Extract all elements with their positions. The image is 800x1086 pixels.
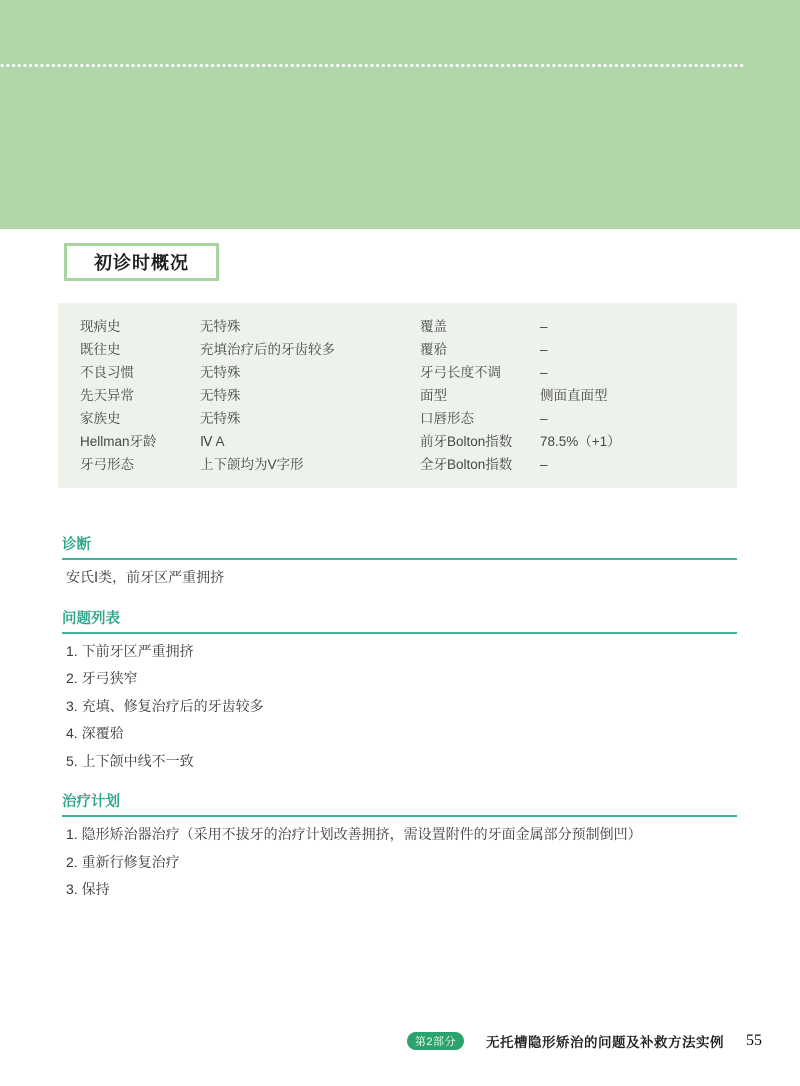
section-body: 1. 隐形矫治器治疗（采用不拔牙的治疗计划改善拥挤，需设置附件的牙面金属部分预制… xyxy=(62,817,737,904)
list-item: 4. 深覆𬌗 xyxy=(66,720,737,748)
row-label: 牙弓形态 xyxy=(80,453,200,476)
page-number: 55 xyxy=(746,1032,762,1050)
row-label: 覆𬌗 xyxy=(420,338,540,361)
row-label: Hellman牙龄 xyxy=(80,430,200,453)
list-item: 5. 上下颌中线不一致 xyxy=(66,748,737,776)
table-row: Hellman牙龄 Ⅳ A 前牙Bolton指数 78.5%（+1） xyxy=(80,430,737,453)
row-value: – xyxy=(540,361,737,384)
section-heading: 治疗计划 xyxy=(62,790,737,817)
part-badge: 第2部分 xyxy=(407,1032,464,1050)
table-row: 先天异常 无特殊 面型 侧面直面型 xyxy=(80,384,737,407)
section-problem-list: 问题列表 1. 下前牙区严重拥挤 2. 牙弓狭窄 3. 充填、修复治疗后的牙齿较… xyxy=(62,607,737,776)
row-label: 口唇形态 xyxy=(420,407,540,430)
row-label: 家族史 xyxy=(80,407,200,430)
row-label: 前牙Bolton指数 xyxy=(420,430,540,453)
section-diagnosis: 诊断 安氏Ⅰ类，前牙区严重拥挤 xyxy=(62,533,737,592)
row-label: 面型 xyxy=(420,384,540,407)
section-title-box: 初诊时概况 xyxy=(64,243,219,281)
row-label: 不良习惯 xyxy=(80,361,200,384)
row-value: 无特殊 xyxy=(200,361,420,384)
row-value: 78.5%（+1） xyxy=(540,430,737,453)
row-label: 现病史 xyxy=(80,315,200,338)
list-item: 2. 重新行修复治疗 xyxy=(66,849,737,877)
row-value: – xyxy=(540,338,737,361)
list-item: 3. 充填、修复治疗后的牙齿较多 xyxy=(66,693,737,721)
table-row: 既往史 充填治疗后的牙齿较多 覆𬌗 – xyxy=(80,338,737,361)
section-text-line: 安氏Ⅰ类，前牙区严重拥挤 xyxy=(66,564,737,592)
row-value: – xyxy=(540,453,737,476)
table-row: 家族史 无特殊 口唇形态 – xyxy=(80,407,737,430)
page-footer: 第2部分 无托槽隐形矫治的问题及补救方法实例 55 xyxy=(407,1031,762,1051)
chapter-title: 无托槽隐形矫治的问题及补救方法实例 xyxy=(486,1031,724,1051)
list-item: 3. 保持 xyxy=(66,876,737,904)
section-treatment-plan: 治疗计划 1. 隐形矫治器治疗（采用不拔牙的治疗计划改善拥挤，需设置附件的牙面金… xyxy=(62,790,737,904)
row-label: 既往史 xyxy=(80,338,200,361)
table-row: 现病史 无特殊 覆盖 – xyxy=(80,315,737,338)
row-label: 覆盖 xyxy=(420,315,540,338)
section-body: 安氏Ⅰ类，前牙区严重拥挤 xyxy=(62,560,737,592)
row-label: 全牙Bolton指数 xyxy=(420,453,540,476)
table-row: 不良习惯 无特殊 牙弓长度不调 – xyxy=(80,361,737,384)
list-item: 1. 隐形矫治器治疗（采用不拔牙的治疗计划改善拥挤，需设置附件的牙面金属部分预制… xyxy=(66,821,737,849)
section-body: 1. 下前牙区严重拥挤 2. 牙弓狭窄 3. 充填、修复治疗后的牙齿较多 4. … xyxy=(62,634,737,776)
book-page: 初诊时概况 现病史 无特殊 覆盖 – 既往史 充填治疗后的牙齿较多 覆𬌗 – 不… xyxy=(0,0,800,1086)
dotted-divider xyxy=(0,63,744,68)
table-row: 牙弓形态 上下颌均为V字形 全牙Bolton指数 – xyxy=(80,453,737,476)
row-value: 无特殊 xyxy=(200,315,420,338)
section-heading: 诊断 xyxy=(62,533,737,560)
row-value: – xyxy=(540,407,737,430)
section-title: 初诊时概况 xyxy=(94,249,189,275)
row-value: 充填治疗后的牙齿较多 xyxy=(200,338,420,361)
row-label: 先天异常 xyxy=(80,384,200,407)
row-value: 侧面直面型 xyxy=(540,384,737,407)
row-label: 牙弓长度不调 xyxy=(420,361,540,384)
row-value: 无特殊 xyxy=(200,384,420,407)
list-item: 1. 下前牙区严重拥挤 xyxy=(66,638,737,666)
overview-table: 现病史 无特殊 覆盖 – 既往史 充填治疗后的牙齿较多 覆𬌗 – 不良习惯 无特… xyxy=(58,303,737,488)
list-item: 2. 牙弓狭窄 xyxy=(66,665,737,693)
row-value: Ⅳ A xyxy=(200,430,420,453)
row-value: 无特殊 xyxy=(200,407,420,430)
section-heading: 问题列表 xyxy=(62,607,737,634)
row-value: 上下颌均为V字形 xyxy=(200,453,420,476)
header-banner xyxy=(0,0,800,229)
content-sections: 诊断 安氏Ⅰ类，前牙区严重拥挤 问题列表 1. 下前牙区严重拥挤 2. 牙弓狭窄… xyxy=(62,533,737,904)
row-value: – xyxy=(540,315,737,338)
